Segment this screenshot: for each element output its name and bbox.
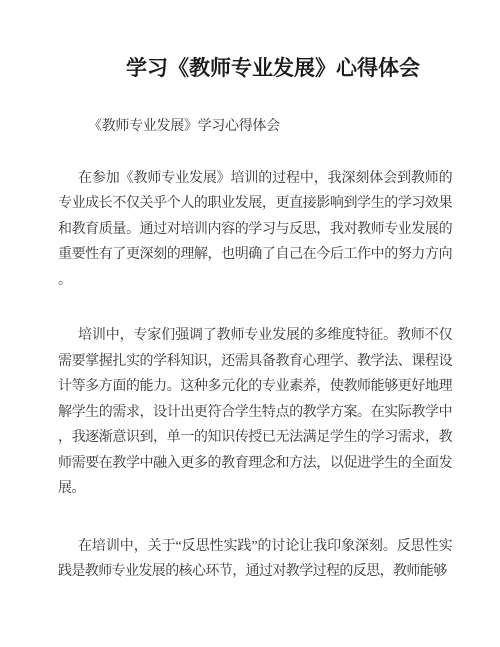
- text-line: 践是教师专业发展的核心环节，通过对教学过程的反思，教师能够: [58, 559, 452, 585]
- paragraph: 在培训中，关于“反思性实践”的讨论让我印象深刻。反思性实践是教师专业发展的核心环…: [58, 534, 452, 585]
- text-line: 和教育质量。通过对培训内容的学习与反思，我对教师专业发展的: [58, 217, 452, 243]
- document-page: 学习《教师专业发展》心得体会 《教师专业发展》学习心得体会 在参加《教师专业发展…: [0, 0, 500, 647]
- text-line: 解学生的需求，设计出更符合学生特点的教学方案。在实际教学中: [58, 400, 452, 426]
- text-line: 培训中，专家们强调了教师专业发展的多维度特征。教师不仅: [58, 323, 452, 349]
- text-line: 专业成长不仅关乎个人的职业发展，更直接影响到学生的学习效果: [58, 191, 452, 217]
- document-title: 学习《教师专业发展》心得体会: [58, 56, 452, 82]
- text-line: 重要性有了更深刻的理解，也明确了自己在今后工作中的努力方向: [58, 242, 452, 268]
- text-line: 需要掌握扎实的学科知识，还需具备教育心理学、教学法、课程设: [58, 349, 452, 375]
- text-line: 展。: [58, 476, 452, 502]
- paragraph: 培训中，专家们强调了教师专业发展的多维度特征。教师不仅需要掌握扎实的学科知识，还…: [58, 323, 452, 502]
- text-line: 在培训中，关于“反思性实践”的讨论让我印象深刻。反思性实: [58, 534, 452, 560]
- text-line: ，我逐渐意识到，单一的知识传授已无法满足学生的学习需求，教: [58, 425, 452, 451]
- text-line: 计等多方面的能力。这种多元化的专业素养，使教师能够更好地理: [58, 374, 452, 400]
- text-line: 。: [58, 268, 452, 294]
- document-subtitle: 《教师专业发展》学习心得体会: [58, 114, 452, 140]
- paragraph: 在参加《教师专业发展》培训的过程中，我深刻体会到教师的专业成长不仅关乎个人的职业…: [58, 166, 452, 294]
- text-line: 在参加《教师专业发展》培训的过程中，我深刻体会到教师的: [58, 166, 452, 192]
- text-line: 师需要在教学中融入更多的教育理念和方法，以促进学生的全面发: [58, 451, 452, 477]
- document-body: 在参加《教师专业发展》培训的过程中，我深刻体会到教师的专业成长不仅关乎个人的职业…: [58, 166, 452, 585]
- document-content: 学习《教师专业发展》心得体会 《教师专业发展》学习心得体会 在参加《教师专业发展…: [58, 56, 452, 585]
